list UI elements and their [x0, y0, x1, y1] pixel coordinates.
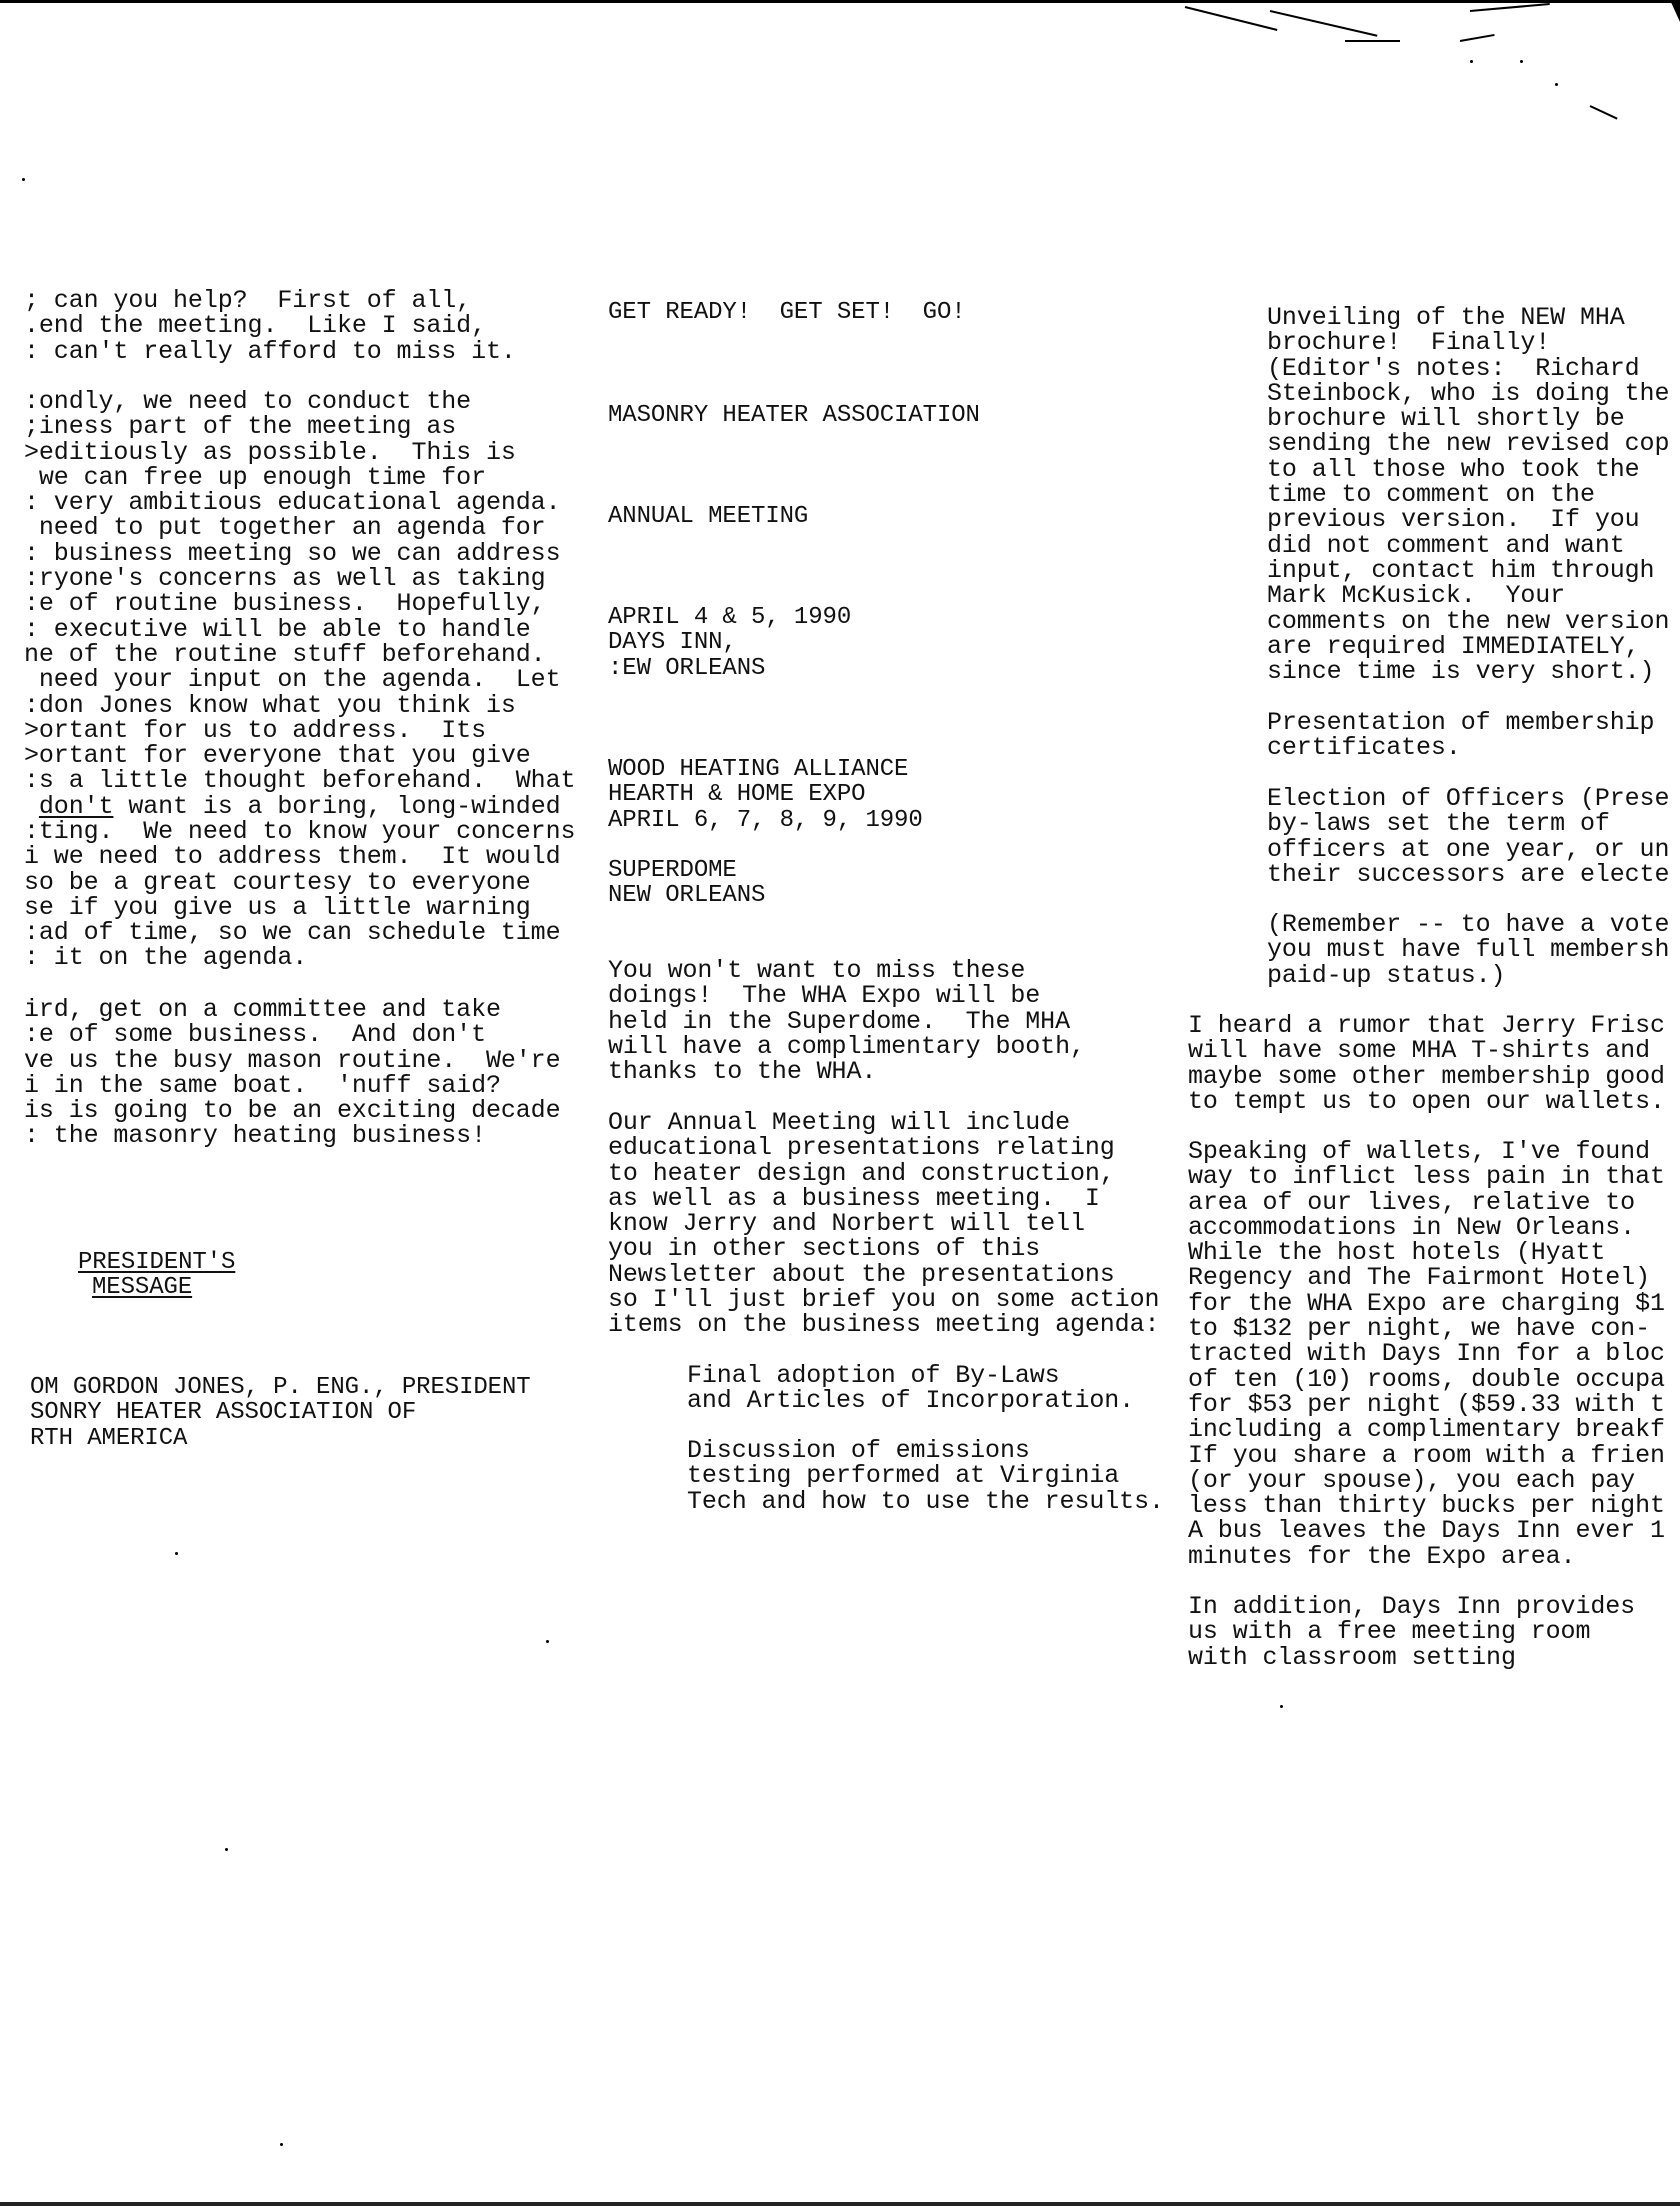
- scan-scratch: [1460, 34, 1495, 42]
- presidents-message-heading-line1: PRESIDENT'S: [78, 1250, 235, 1275]
- meeting-info: APRIL 4 & 5, 1990 DAYS INN, :EW ORLEANS: [608, 605, 851, 681]
- vote-reminder: (Remember -- to have a vote you must hav…: [1267, 912, 1669, 988]
- scan-bottom-edge: [0, 2202, 1680, 2206]
- expo-venue: SUPERDOME NEW ORLEANS: [608, 858, 765, 909]
- scan-corner-artifact: [1670, 0, 1680, 22]
- right-para-addition: In addition, Days Inn provides us with a…: [1188, 1594, 1635, 1670]
- scan-scratch: [1270, 10, 1378, 37]
- left-para-business: :ondly, we need to conduct the ;iness pa…: [24, 389, 575, 794]
- slogan-heading: GET READY! GET SET! GO!: [608, 300, 966, 325]
- scan-speck: [546, 1640, 549, 1643]
- scan-scratch: [1590, 105, 1618, 119]
- scan-scratch: [1345, 40, 1400, 42]
- scan-speck: [1555, 83, 1558, 86]
- scan-speck: [22, 178, 25, 181]
- scan-scratch: [1470, 3, 1550, 12]
- newsletter-page: ; can you help? First of all, .end the m…: [0, 0, 1680, 2209]
- middle-para-meeting: Our Annual Meeting will include educatio…: [608, 1110, 1159, 1338]
- agenda-item-emissions: Discussion of emissions testing performe…: [687, 1438, 1164, 1514]
- scan-speck: [175, 1552, 178, 1555]
- agenda-item-election: Election of Officers (Prese by-laws set …: [1267, 786, 1669, 887]
- agenda-item-bylaws: Final adoption of By-Laws and Articles o…: [687, 1363, 1134, 1414]
- agenda-item-certificates: Presentation of membership certificates.: [1267, 710, 1654, 761]
- president-byline: OM GORDON JONES, P. ENG., PRESIDENT SONR…: [30, 1375, 531, 1451]
- left-para-dont-line: don't want is a boring, long-winded: [24, 794, 561, 819]
- scan-scratch: [1185, 6, 1278, 31]
- annual-meeting-heading: ANNUAL MEETING: [608, 504, 808, 529]
- scan-speck: [1280, 1705, 1283, 1708]
- scan-speck: [280, 2143, 283, 2146]
- org-heading: MASONRY HEATER ASSOCIATION: [608, 403, 980, 428]
- presidents-message-heading-line2: MESSAGE: [92, 1275, 192, 1300]
- right-para-rumor: I heard a rumor that Jerry Frisc will ha…: [1188, 1013, 1665, 1114]
- scan-speck: [225, 1848, 228, 1851]
- right-para-wallets: Speaking of wallets, I've found way to i…: [1188, 1139, 1665, 1569]
- expo-info: WOOD HEATING ALLIANCE HEARTH & HOME EXPO…: [608, 757, 923, 833]
- left-para-help: ; can you help? First of all, .end the m…: [24, 288, 516, 364]
- left-para-committee: ird, get on a committee and take :e of s…: [24, 997, 561, 1149]
- scan-speck: [1470, 60, 1473, 63]
- middle-para-expo: You won't want to miss these doings! The…: [608, 958, 1085, 1084]
- scan-speck: [1520, 60, 1523, 63]
- scan-top-edge: [0, 0, 1680, 3]
- left-para-business-tail: :ting. We need to know your concerns i w…: [24, 819, 575, 971]
- agenda-item-brochure: Unveiling of the NEW MHA brochure! Final…: [1267, 305, 1669, 684]
